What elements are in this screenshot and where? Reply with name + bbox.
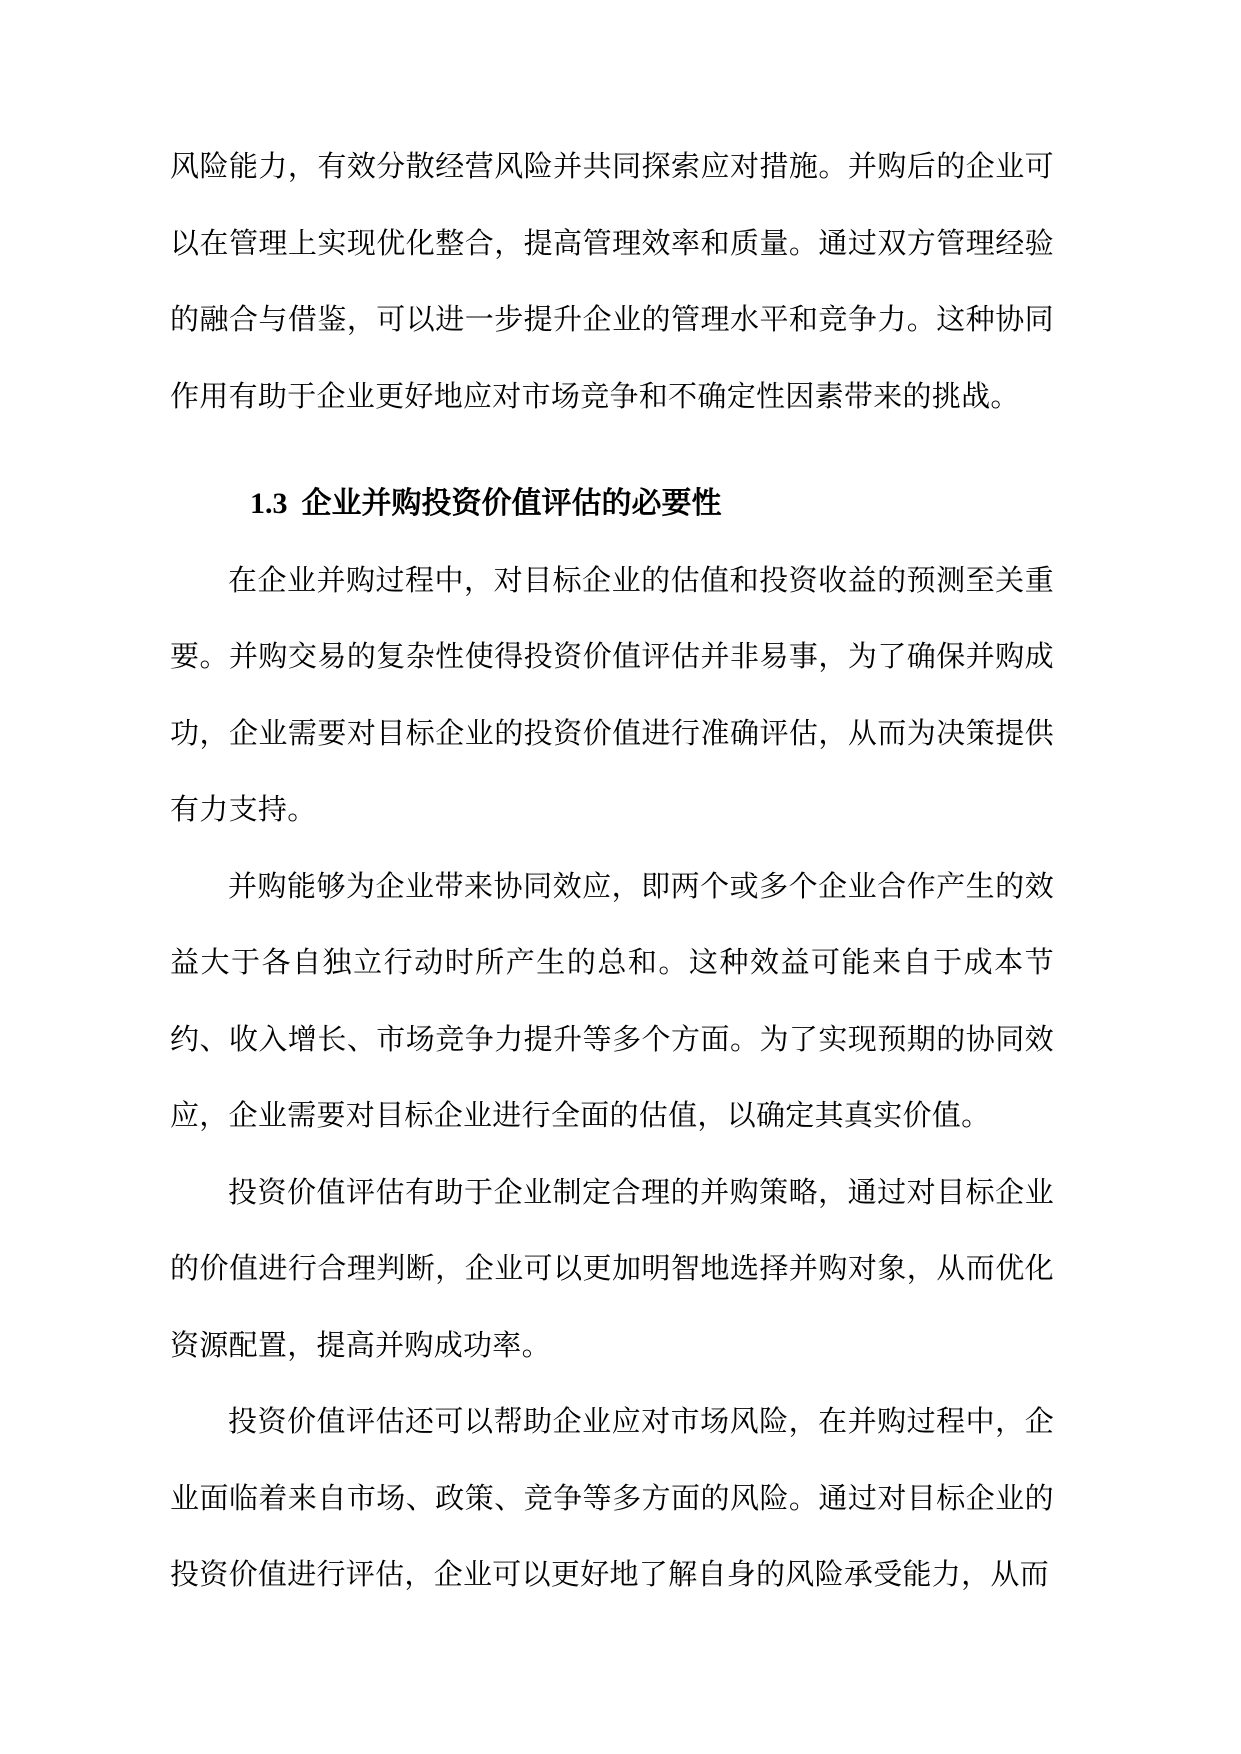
paragraph-synergy-effect: 并购能够为企业带来协同效应，即两个或多个企业合作产生的效益大于各自独立行动时所产…: [170, 849, 1054, 1155]
paragraph-market-risk: 投资价值评估还可以帮助企业应对市场风险，在并购过程中，企业面临着来自市场、政策、…: [170, 1384, 1054, 1614]
paragraph-valuation-importance: 在企业并购过程中，对目标企业的估值和投资收益的预测至关重要。并购交易的复杂性使得…: [170, 543, 1054, 849]
section-heading: 1.3企业并购投资价值评估的必要性: [170, 466, 1054, 543]
paragraph-synergy-management-continuation: 风险能力，有效分散经营风险并共同探索应对措施。并购后的企业可以在管理上实现优化整…: [170, 129, 1054, 435]
section-number: 1.3: [250, 487, 288, 520]
section-title: 企业并购投资价值评估的必要性: [302, 487, 722, 520]
paragraph-merger-strategy: 投资价值评估有助于企业制定合理的并购策略，通过对目标企业的价值进行合理判断，企业…: [170, 1155, 1054, 1385]
document-page: 风险能力，有效分散经营风险并共同探索应对措施。并购后的企业可以在管理上实现优化整…: [0, 0, 1241, 1754]
